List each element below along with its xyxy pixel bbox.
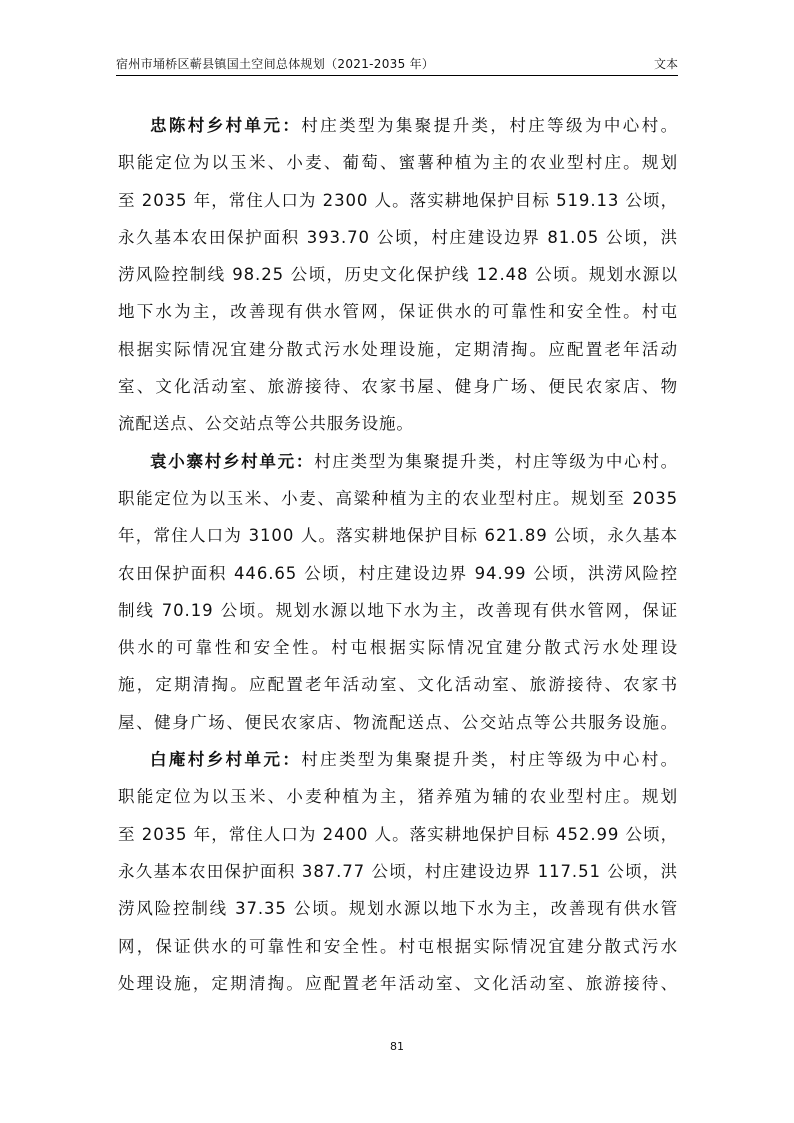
paragraph-line: 至 2035 年，常住人口为 2300 人。落实耕地保护目标 519.13 公顷… [118,182,678,219]
paragraph-line: 根据实际情况宜建分散式污水处理设施，定期清掏。应配置老年活动 [118,331,678,368]
paragraph-line: 地下水为主，改善现有供水管网，保证供水的可靠性和安全性。村屯 [118,293,678,330]
paragraph-line: 年，常住人口为 3100 人。落实耕地保护目标 621.89 公顷，永久基本 [118,517,678,554]
paragraph-line: 职能定位为以玉米、小麦、葡萄、蜜薯种植为主的农业型村庄。规划 [118,144,678,181]
paragraph-line: 处理设施，定期清掏。应配置老年活动室、文化活动室、旅游接待、 [118,965,678,1002]
document-body: 忠陈村乡村单元：村庄类型为集聚提升类，村庄等级为中心村。 职能定位为以玉米、小麦… [118,107,678,1002]
paragraph-line: 袁小寨村乡村单元：村庄类型为集聚提升类，村庄等级为中心村。 [118,443,678,480]
paragraph-line: 永久基本农田保护面积 393.70 公顷，村庄建设边界 81.05 公顷，洪 [118,219,678,256]
section-heading: 袁小寨村乡村单元： [150,452,314,471]
paragraph-line: 制线 70.19 公顷。规划水源以地下水为主，改善现有供水管网，保证 [118,592,678,629]
paragraph-line: 屋、健身广场、便民农家店、物流配送点、公交站点等公共服务设施。 [118,704,678,741]
page-number: 81 [0,1040,794,1053]
paragraph-line: 涝风险控制线 37.35 公顷。规划水源以地下水为主，改善现有供水管 [118,890,678,927]
paragraph-line: 涝风险控制线 98.25 公顷，历史文化保护线 12.48 公顷。规划水源以 [118,256,678,293]
paragraph-line: 永久基本农田保护面积 387.77 公顷，村庄建设边界 117.51 公顷，洪 [118,853,678,890]
section-heading: 忠陈村乡村单元： [150,116,301,135]
paragraph-line: 网，保证供水的可靠性和安全性。村屯根据实际情况宜建分散式污水 [118,928,678,965]
paragraph-line: 白庵村乡村单元：村庄类型为集聚提升类，村庄等级为中心村。 [118,741,678,778]
document-title: 宿州市埇桥区蕲县镇国土空间总体规划（2021-2035 年） [116,55,434,72]
paragraph-line: 职能定位为以玉米、小麦、高粱种植为主的农业型村庄。规划至 2035 [118,480,678,517]
paragraph-line: 流配送点、公交站点等公共服务设施。 [118,405,678,442]
document-type-label: 文本 [654,55,678,72]
paragraph-line: 供水的可靠性和安全性。村屯根据实际情况宜建分散式污水处理设 [118,629,678,666]
paragraph-line: 室、文化活动室、旅游接待、农家书屋、健身广场、便民农家店、物 [118,368,678,405]
paragraph-line: 至 2035 年，常住人口为 2400 人。落实耕地保护目标 452.99 公顷… [118,816,678,853]
paragraph-line: 忠陈村乡村单元：村庄类型为集聚提升类，村庄等级为中心村。 [118,107,678,144]
paragraph-line: 农田保护面积 446.65 公顷，村庄建设边界 94.99 公顷，洪涝风险控 [118,555,678,592]
paragraph-line: 施，定期清掏。应配置老年活动室、文化活动室、旅游接待、农家书 [118,666,678,703]
page-header: 宿州市埇桥区蕲县镇国土空间总体规划（2021-2035 年） 文本 [116,55,678,76]
paragraph-line: 职能定位为以玉米、小麦种植为主，猪养殖为辅的农业型村庄。规划 [118,778,678,815]
section-heading: 白庵村乡村单元： [150,750,301,769]
